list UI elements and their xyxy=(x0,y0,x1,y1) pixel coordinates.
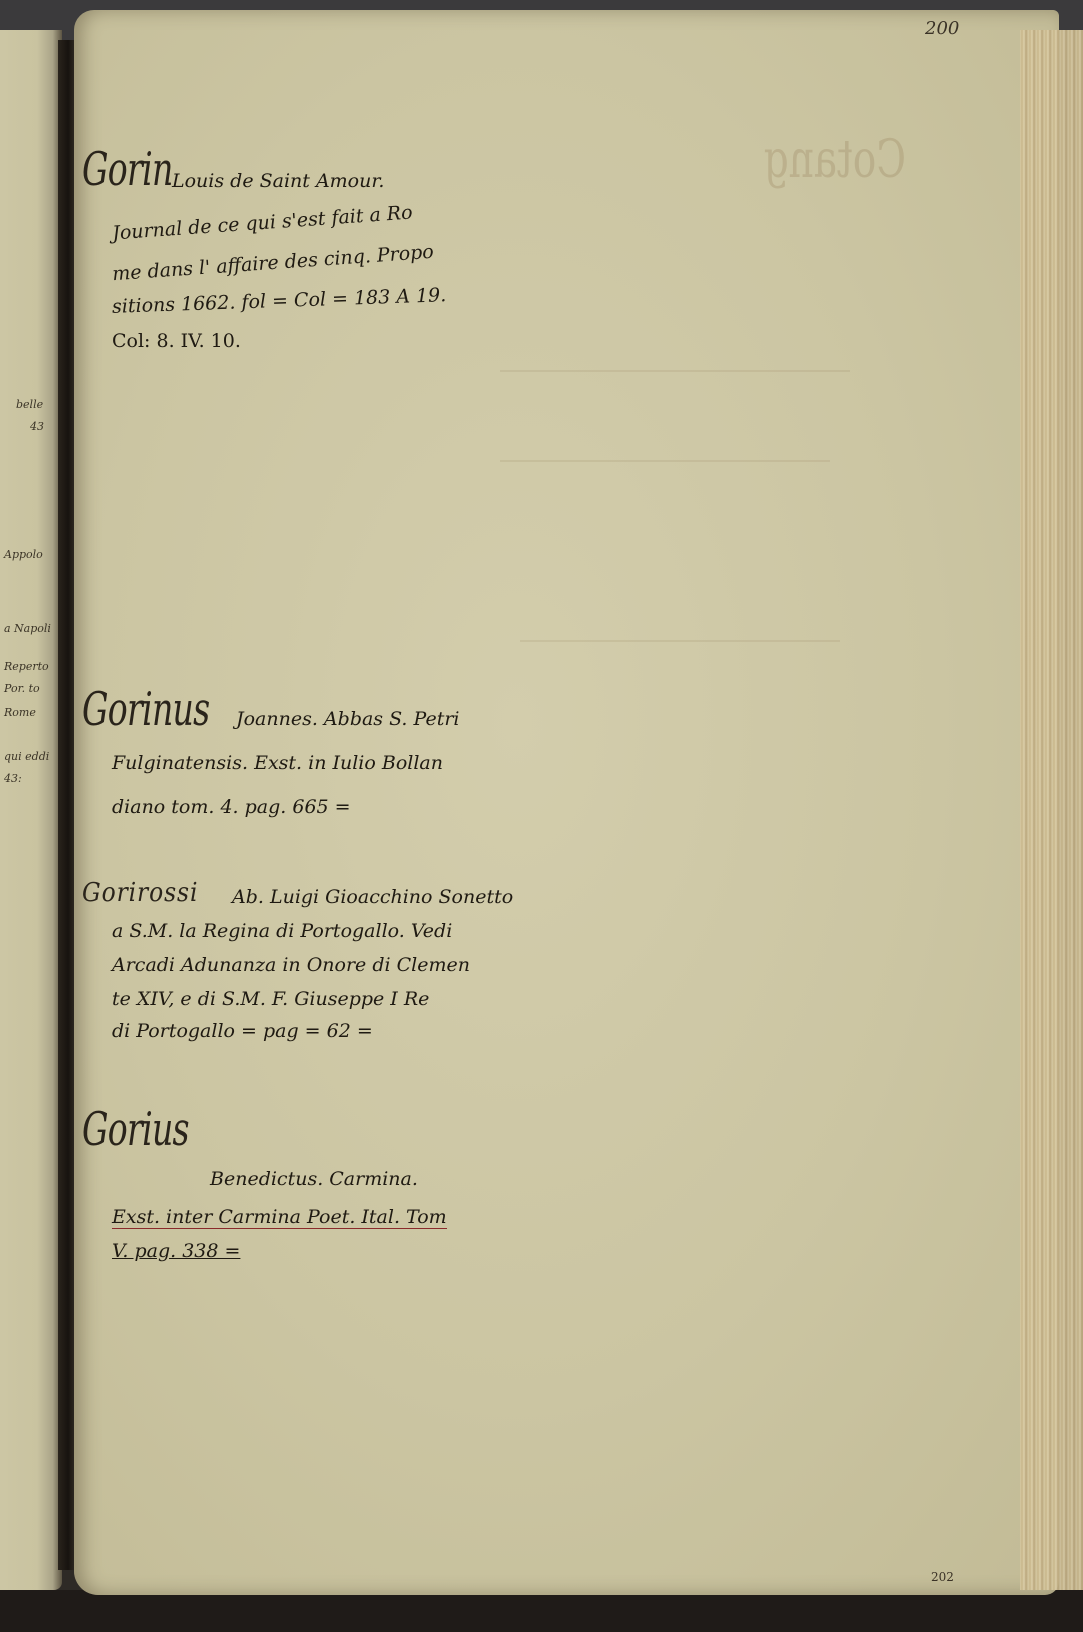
entry-text: Louis de Saint Amour. xyxy=(172,170,384,192)
entry-text: Benedictus. Carmina. xyxy=(210,1168,418,1190)
entry-text: V. pag. 338 = xyxy=(112,1240,240,1262)
entry-text: diano tom. 4. pag. 665 = xyxy=(112,796,351,818)
entry-text: a S.M. la Regina di Portogallo. Vedi xyxy=(112,920,452,942)
left-page-fragment: 43 xyxy=(30,420,44,433)
left-page-fragment: belle xyxy=(16,398,43,411)
bleed-through-rule xyxy=(520,640,840,642)
left-page xyxy=(0,30,62,1590)
bleed-through-rule xyxy=(500,460,830,462)
left-page-fragment: Reperto xyxy=(4,660,49,673)
left-page-fragment: a Napoli xyxy=(4,622,51,635)
page-edges xyxy=(1020,30,1083,1590)
entry-text: te XIV, e di S.M. F. Giuseppe I Re xyxy=(112,988,429,1010)
left-page-fragment: qui eddi xyxy=(4,750,49,763)
folio-number-bottom: 202 xyxy=(931,1570,954,1584)
entry-text: Exst. inter Carmina Poet. Ital. Tom xyxy=(112,1206,447,1229)
left-page-fragment: Por. to xyxy=(4,682,40,695)
left-page-fragment: 43: xyxy=(4,772,22,785)
bleed-through-rule xyxy=(500,370,850,372)
background-bottom xyxy=(0,1590,1083,1632)
entry-text: Joannes. Abbas S. Petri xyxy=(236,708,459,730)
left-page-fragment: Appolo xyxy=(4,548,43,561)
headword: Gorinus xyxy=(82,686,259,732)
entry-text: Fulginatensis. Exst. in Iulio Bollan xyxy=(112,752,443,774)
left-page-fragment: Rome xyxy=(4,706,36,719)
entry-text: Arcadi Adunanza in Onore di Clemen xyxy=(112,954,470,976)
bleed-through-text: Cotang xyxy=(764,130,906,190)
entry-text: Ab. Luigi Gioacchino Sonetto xyxy=(232,886,513,908)
entry-text: Col: 8. IV. 10. xyxy=(112,330,241,352)
entry-text: di Portogallo = pag = 62 = xyxy=(112,1020,373,1042)
folio-number-top: 200 xyxy=(925,18,959,39)
headword: Gorius xyxy=(82,1106,230,1152)
headword: Gorirossi xyxy=(82,880,211,906)
